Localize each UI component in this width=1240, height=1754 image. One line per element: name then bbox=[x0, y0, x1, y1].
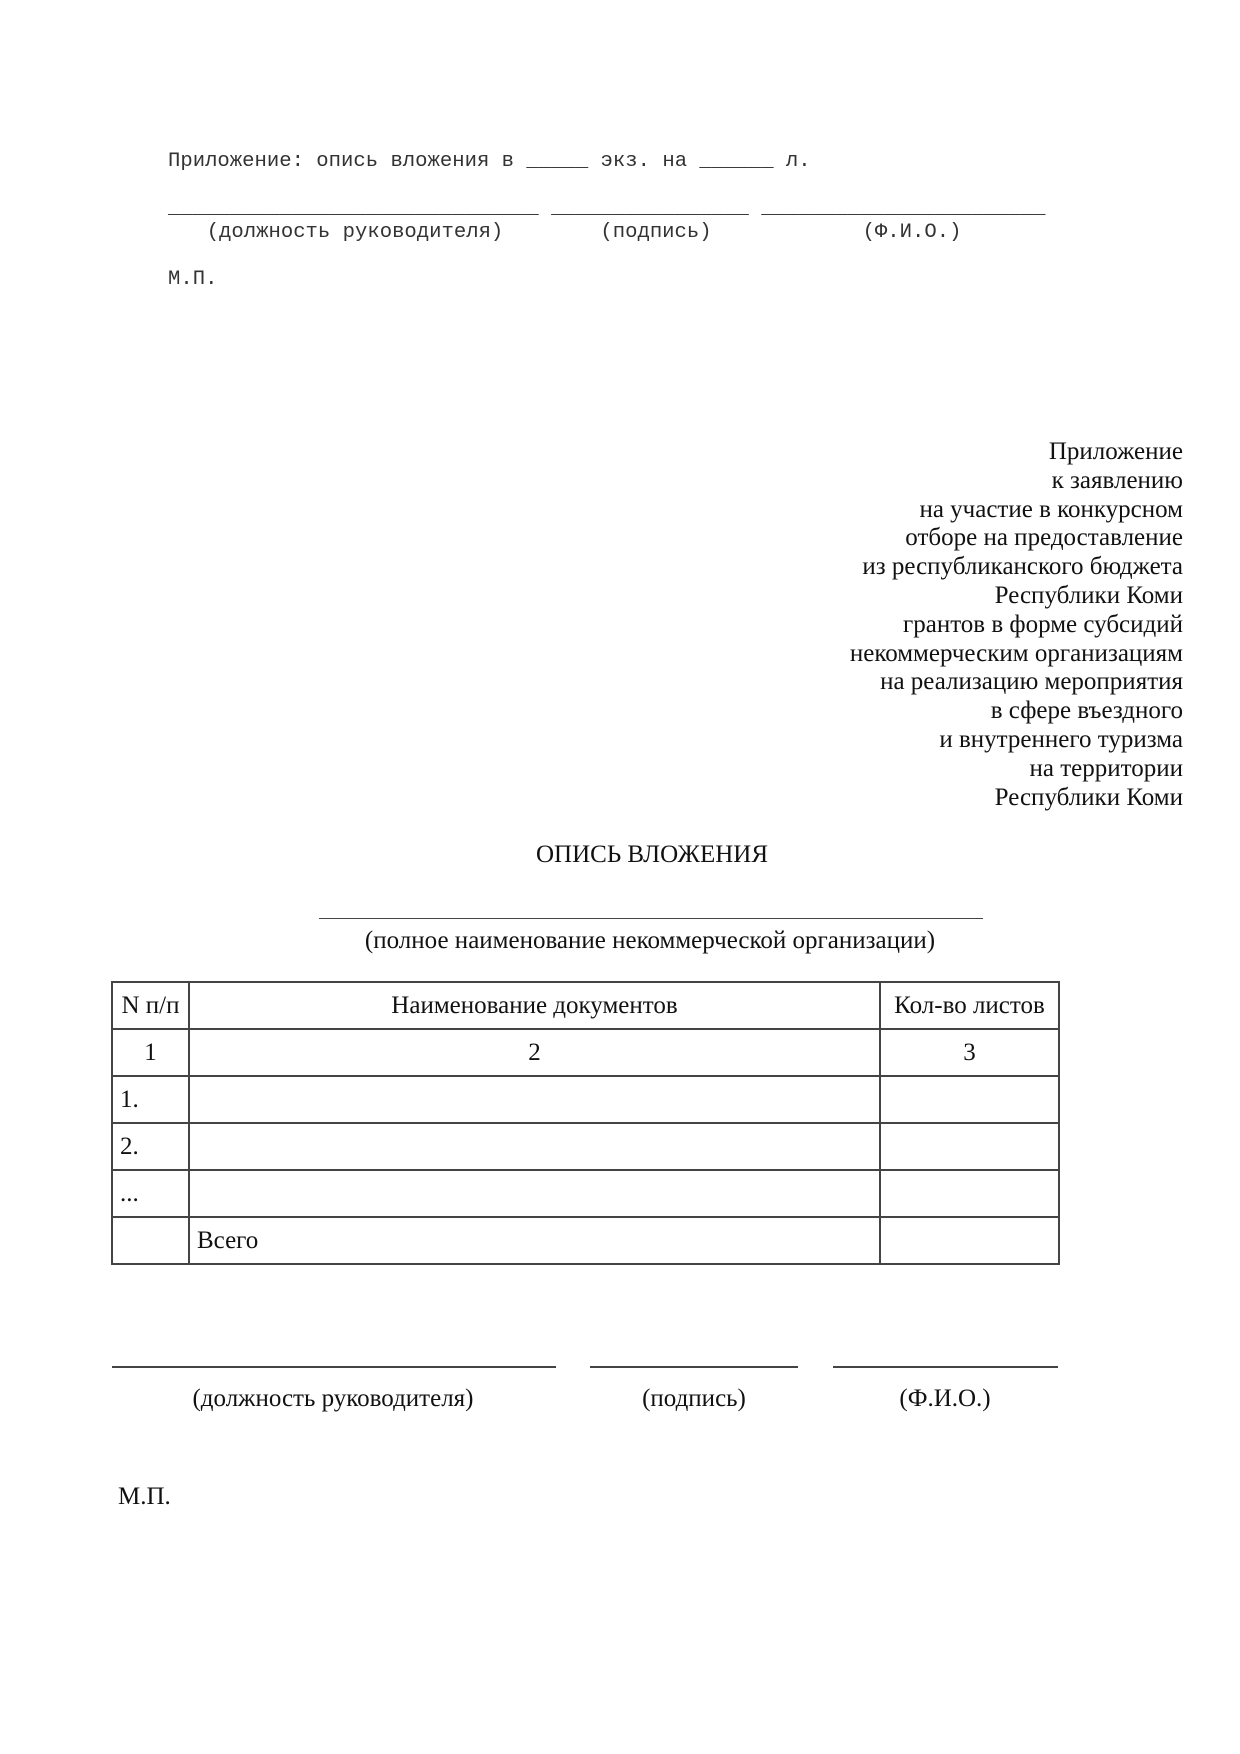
table-row: 1. bbox=[112, 1076, 1059, 1123]
position-label: (должность руководителя) bbox=[192, 1386, 473, 1411]
row-number bbox=[112, 1217, 189, 1264]
cover-position-label: (должность руководителя) bbox=[207, 223, 504, 244]
approval-line: в сфере въездного bbox=[850, 697, 1183, 726]
table-total-row: Всего bbox=[112, 1217, 1059, 1264]
approval-line: к заявлению bbox=[850, 467, 1183, 496]
organization-name-field[interactable] bbox=[319, 918, 983, 919]
column-number-3: 3 bbox=[880, 1029, 1059, 1076]
signature-line[interactable] bbox=[590, 1366, 798, 1368]
table-row: ... bbox=[112, 1170, 1059, 1217]
approval-line: на участие в конкурсном bbox=[850, 496, 1183, 525]
page-title: ОПИСЬ ВЛОЖЕНИЯ bbox=[536, 842, 768, 867]
row-sheet-count-cell[interactable] bbox=[880, 1170, 1059, 1217]
header-number: N п/п bbox=[112, 982, 189, 1029]
row-document-name-cell[interactable] bbox=[189, 1076, 880, 1123]
stamp-placeholder: М.П. bbox=[118, 1484, 171, 1509]
approval-line: на территории bbox=[850, 755, 1183, 784]
approval-block: Приложение к заявлению на участие в конк… bbox=[850, 438, 1183, 812]
approval-line: Республики Коми bbox=[850, 784, 1183, 813]
approval-line: Приложение bbox=[850, 438, 1183, 467]
approval-line: грантов в форме субсидий bbox=[850, 611, 1183, 640]
header-document-name: Наименование документов bbox=[189, 982, 880, 1029]
row-document-name-cell[interactable] bbox=[189, 1123, 880, 1170]
total-sheet-count-cell[interactable] bbox=[880, 1217, 1059, 1264]
cover-signature-lines: ______________________________ _________… bbox=[168, 199, 1045, 220]
name-label: (Ф.И.О.) bbox=[899, 1386, 990, 1411]
row-document-name-cell[interactable] bbox=[189, 1170, 880, 1217]
table-column-numbers-row: 1 2 3 bbox=[112, 1029, 1059, 1076]
row-sheet-count-cell[interactable] bbox=[880, 1076, 1059, 1123]
table-header-row: N п/п Наименование документов Кол-во лис… bbox=[112, 982, 1059, 1029]
approval-line: некоммерческим организациям bbox=[850, 640, 1183, 669]
cover-signature-label: (подпись) bbox=[600, 223, 711, 244]
organization-name-caption: (полное наименование некоммерческой орга… bbox=[365, 928, 935, 953]
inventory-table: N п/п Наименование документов Кол-во лис… bbox=[111, 981, 1060, 1265]
total-label: Всего bbox=[189, 1217, 880, 1264]
name-signature-line[interactable] bbox=[833, 1366, 1058, 1368]
position-signature-line[interactable] bbox=[112, 1366, 556, 1368]
approval-line: и внутреннего туризма bbox=[850, 726, 1183, 755]
row-number: 2. bbox=[112, 1123, 189, 1170]
approval-line: отборе на предоставление bbox=[850, 524, 1183, 553]
table-row: 2. bbox=[112, 1123, 1059, 1170]
row-number: ... bbox=[112, 1170, 189, 1217]
signature-label: (подпись) bbox=[642, 1386, 746, 1411]
row-sheet-count-cell[interactable] bbox=[880, 1123, 1059, 1170]
row-number: 1. bbox=[112, 1076, 189, 1123]
cover-stamp: М.П. bbox=[168, 270, 217, 291]
cover-name-label: (Ф.И.О.) bbox=[863, 223, 962, 244]
approval-line: на реализацию мероприятия bbox=[850, 668, 1183, 697]
column-number-2: 2 bbox=[189, 1029, 880, 1076]
approval-line: из республиканского бюджета bbox=[850, 553, 1183, 582]
approval-line: Республики Коми bbox=[850, 582, 1183, 611]
column-number-1: 1 bbox=[112, 1029, 189, 1076]
header-sheet-count: Кол-во листов bbox=[880, 982, 1059, 1029]
attachment-line: Приложение: опись вложения в _____ экз. … bbox=[168, 152, 811, 173]
